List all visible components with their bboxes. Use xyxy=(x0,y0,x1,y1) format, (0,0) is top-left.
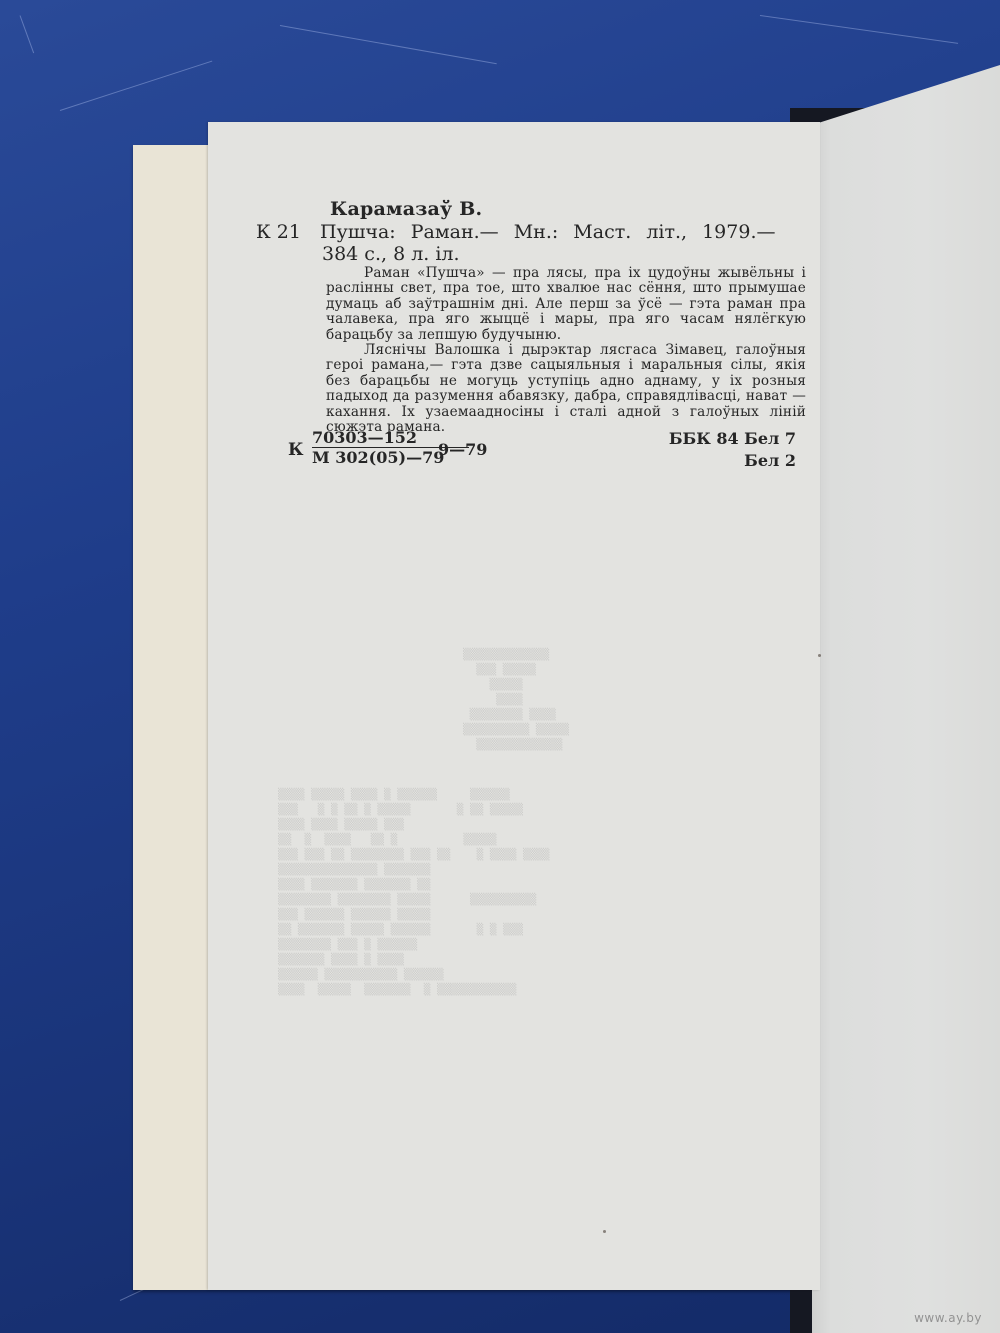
annotation-paragraph: Ляснічы Валошка і дырэктар лясгаса Зімав… xyxy=(326,343,806,435)
bibliographic-line-2: 384 с., 8 л. іл. xyxy=(322,243,460,265)
facing-page: www.ay.by xyxy=(812,65,1000,1333)
show-through-text: ▒▒▒▒ ▒▒▒▒▒ ▒▒▒▒ ▒ ▒▒▒▒▒▒ ▒▒▒▒▒▒ ▒▒▒ ▒ ▒ … xyxy=(278,787,550,997)
scratch-mark xyxy=(60,61,212,111)
annotation: Раман «Пушча» — пра лясы, пра іх цудоўны… xyxy=(326,266,806,435)
bbk-line-1: ББК 84 Бел 7 xyxy=(669,428,796,450)
classification-code: К 21 xyxy=(256,221,301,243)
paper-speck xyxy=(603,1230,606,1233)
index-suffix: 9—79 xyxy=(438,440,487,459)
watermark: www.ay.by xyxy=(914,1311,982,1325)
show-through-text: ▒▒▒▒▒▒▒▒▒▒▒▒▒ ▒▒▒ ▒▒▒▒▒ ▒▒▒▒▒ ▒▒▒▒ ▒▒▒▒▒… xyxy=(463,647,569,752)
annotation-paragraph: Раман «Пушча» — пра лясы, пра іх цудоўны… xyxy=(326,266,806,343)
author-name: Карамазаў В. xyxy=(330,198,482,220)
scratch-mark xyxy=(280,25,497,64)
index-letter: К xyxy=(288,440,303,460)
bbk-line-2: Бел 2 xyxy=(669,450,796,472)
bbk-code: ББК 84 Бел 7 Бел 2 xyxy=(669,428,796,472)
scratch-mark xyxy=(20,15,35,53)
paper-speck xyxy=(818,654,821,657)
catalog-index: К 70303—152 М 302(05)—79 9—79 ББК 84 Бел… xyxy=(288,428,808,474)
bibliographic-line-1: Пушча: Раман.— Мн.: Маст. літ., 1979.— xyxy=(320,221,776,243)
imprint-page: Карамазаў В. К 21 Пушча: Раман.— Мн.: Ма… xyxy=(208,122,820,1290)
scratch-mark xyxy=(760,15,958,44)
